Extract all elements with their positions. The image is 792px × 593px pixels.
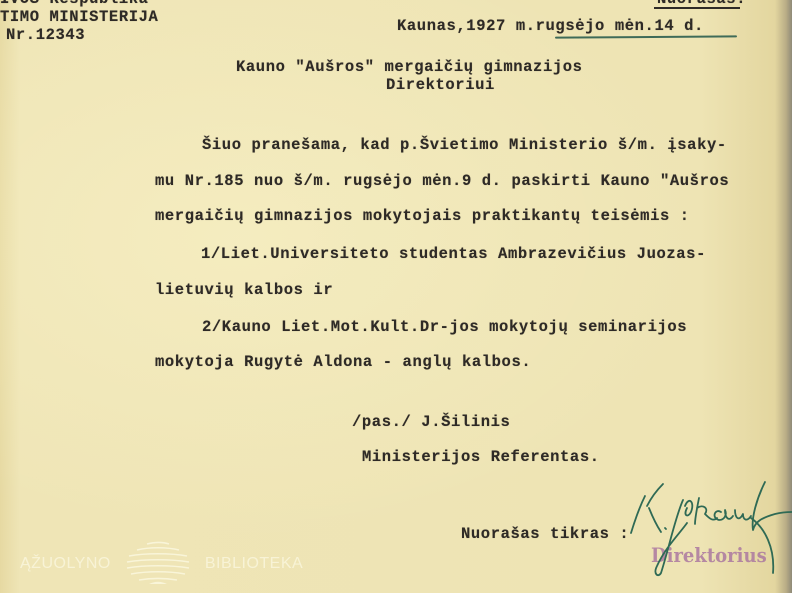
body-line-6: 2/Kauno Liet.Mot.Kult.Dr-jos mokytojų se… <box>202 318 687 336</box>
place-date: Kaunas,1927 m.rugsėjo mėn.14 d. <box>397 17 704 35</box>
header-left-ministry: TIMO MINISTERIJA <box>0 8 158 26</box>
body-line-4: 1/Liet.Universiteto studentas Ambrazevič… <box>201 245 706 263</box>
addressee-line2: Direktoriui <box>386 76 495 94</box>
watermark-left-text: ĄŽUOLYNO <box>20 555 111 573</box>
copy-label-underline <box>654 7 740 9</box>
document-page: IVOS Respublika TIMO MINISTERIJA Nr.1234… <box>0 0 792 593</box>
header-left-line0: IVOS Respublika <box>0 0 149 8</box>
body-line-3: mergaičių gimnazijos mokytojais praktika… <box>155 207 690 225</box>
addressee-line1: Kauno "Aušros" mergaičių gimnazijos <box>236 58 583 76</box>
handwritten-signature-icon <box>625 478 792 578</box>
signer-title: Ministerijos Referentas. <box>362 448 600 466</box>
watermark-right-text: BIBLIOTEKA <box>205 555 303 573</box>
date-underline <box>555 35 737 38</box>
certification-label: Nuorašas tikras : <box>461 525 629 543</box>
library-watermark: ĄŽUOLYNO BIBLIOTEKA <box>20 540 303 588</box>
body-line-2: mu Nr.185 nuo š/m. rugsėjo mėn.9 d. pask… <box>155 172 729 190</box>
body-line-1: Šiuo pranešama, kad p.Švietimo Ministeri… <box>202 136 727 154</box>
waves-globe-icon <box>125 540 191 588</box>
body-line-5: lietuvių kalbos ir <box>155 281 333 299</box>
signed-by: /pas./ J.Šilinis <box>352 413 510 431</box>
header-left-number: Nr.12343 <box>6 26 85 44</box>
body-line-7: mokytoja Rugytė Aldona - anglų kalbos. <box>155 353 531 371</box>
